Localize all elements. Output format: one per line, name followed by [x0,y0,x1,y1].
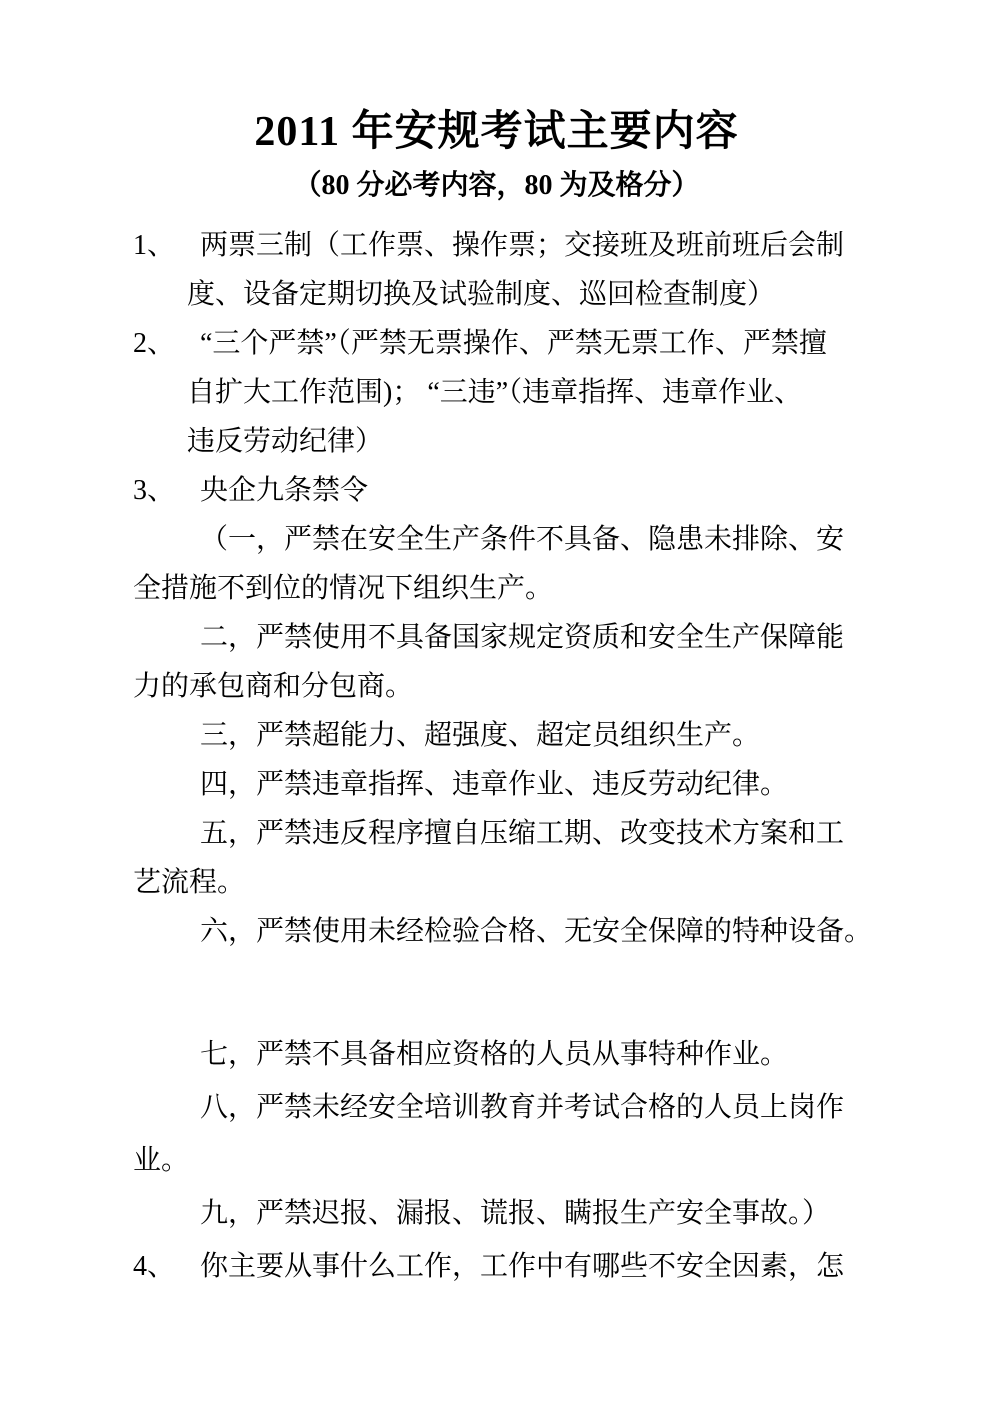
page-subtitle: （80 分必考内容，80 为及格分） [133,163,860,209]
rule-8-line-2: 业。 [133,1134,860,1187]
page-title: 2011 年安规考试主要内容 [133,101,860,163]
rule-8-line-1: 八，严禁未经安全培训教育并考试合格的人员上岗作 [133,1081,860,1134]
rule-9-line-1: 九，严禁迟报、漏报、谎报、瞒报生产安全事故。） [133,1187,860,1240]
rule-4-line-1: 四，严禁违章指挥、违章作业、违反劳动纪律。 [133,760,860,809]
rule-2-line-1: 二，严禁使用不具备国家规定资质和安全生产保障能 [133,613,860,662]
list-number: 3、 [133,466,200,515]
line-text: “三个严禁”（严禁无票操作、严禁无票工作、严禁擅 [200,328,827,359]
list-item-2-line-2: 自扩大工作范围)； “三违”（违章指挥、违章作业、 [133,368,860,417]
rule-6-line-1: 六，严禁使用未经检验合格、无安全保障的特种设备。 [133,907,860,956]
line-text: 央企九条禁令 [200,475,368,506]
list-number: 1、 [133,221,200,270]
line-text: 两票三制（工作票、操作票；交接班及班前班后会制 [200,230,844,261]
rule-5-line-1: 五，严禁违反程序擅自压缩工期、改变技术方案和工 [133,809,860,858]
list-item-2-line-3: 违反劳动纪律） [133,417,860,466]
list-item-1-line-1: 1、两票三制（工作票、操作票；交接班及班前班后会制 [133,221,860,270]
document-body-lower: 七，严禁不具备相应资格的人员从事特种作业。 八，严禁未经安全培训教育并考试合格的… [133,1028,860,1293]
rule-2-line-2: 力的承包商和分包商。 [133,662,860,711]
list-item-3-line-1: 3、央企九条禁令 [133,466,860,515]
line-text: 你主要从事什么工作，工作中有哪些不安全因素，怎 [200,1251,844,1282]
document-body-upper: 1、两票三制（工作票、操作票；交接班及班前班后会制 度、设备定期切换及试验制度、… [133,221,860,956]
list-item-2-line-1: 2、“三个严禁”（严禁无票操作、严禁无票工作、严禁擅 [133,319,860,368]
list-item-4-line-1: 4、你主要从事什么工作，工作中有哪些不安全因素，怎 [133,1240,860,1293]
rule-7-line-1: 七，严禁不具备相应资格的人员从事特种作业。 [133,1028,860,1081]
list-number: 4、 [133,1240,200,1293]
list-item-1-line-2: 度、设备定期切换及试验制度、巡回检查制度） [133,270,860,319]
document-page: 2011 年安规考试主要内容 （80 分必考内容，80 为及格分） 1、两票三制… [0,0,993,1404]
blank-gap [133,956,860,1028]
rule-3-line-1: 三，严禁超能力、超强度、超定员组织生产。 [133,711,860,760]
rule-1-line-2: 全措施不到位的情况下组织生产。 [133,564,860,613]
rule-5-line-2: 艺流程。 [133,858,860,907]
rule-1-line-1: （一，严禁在安全生产条件不具备、隐患未排除、安 [133,515,860,564]
list-number: 2、 [133,319,200,368]
